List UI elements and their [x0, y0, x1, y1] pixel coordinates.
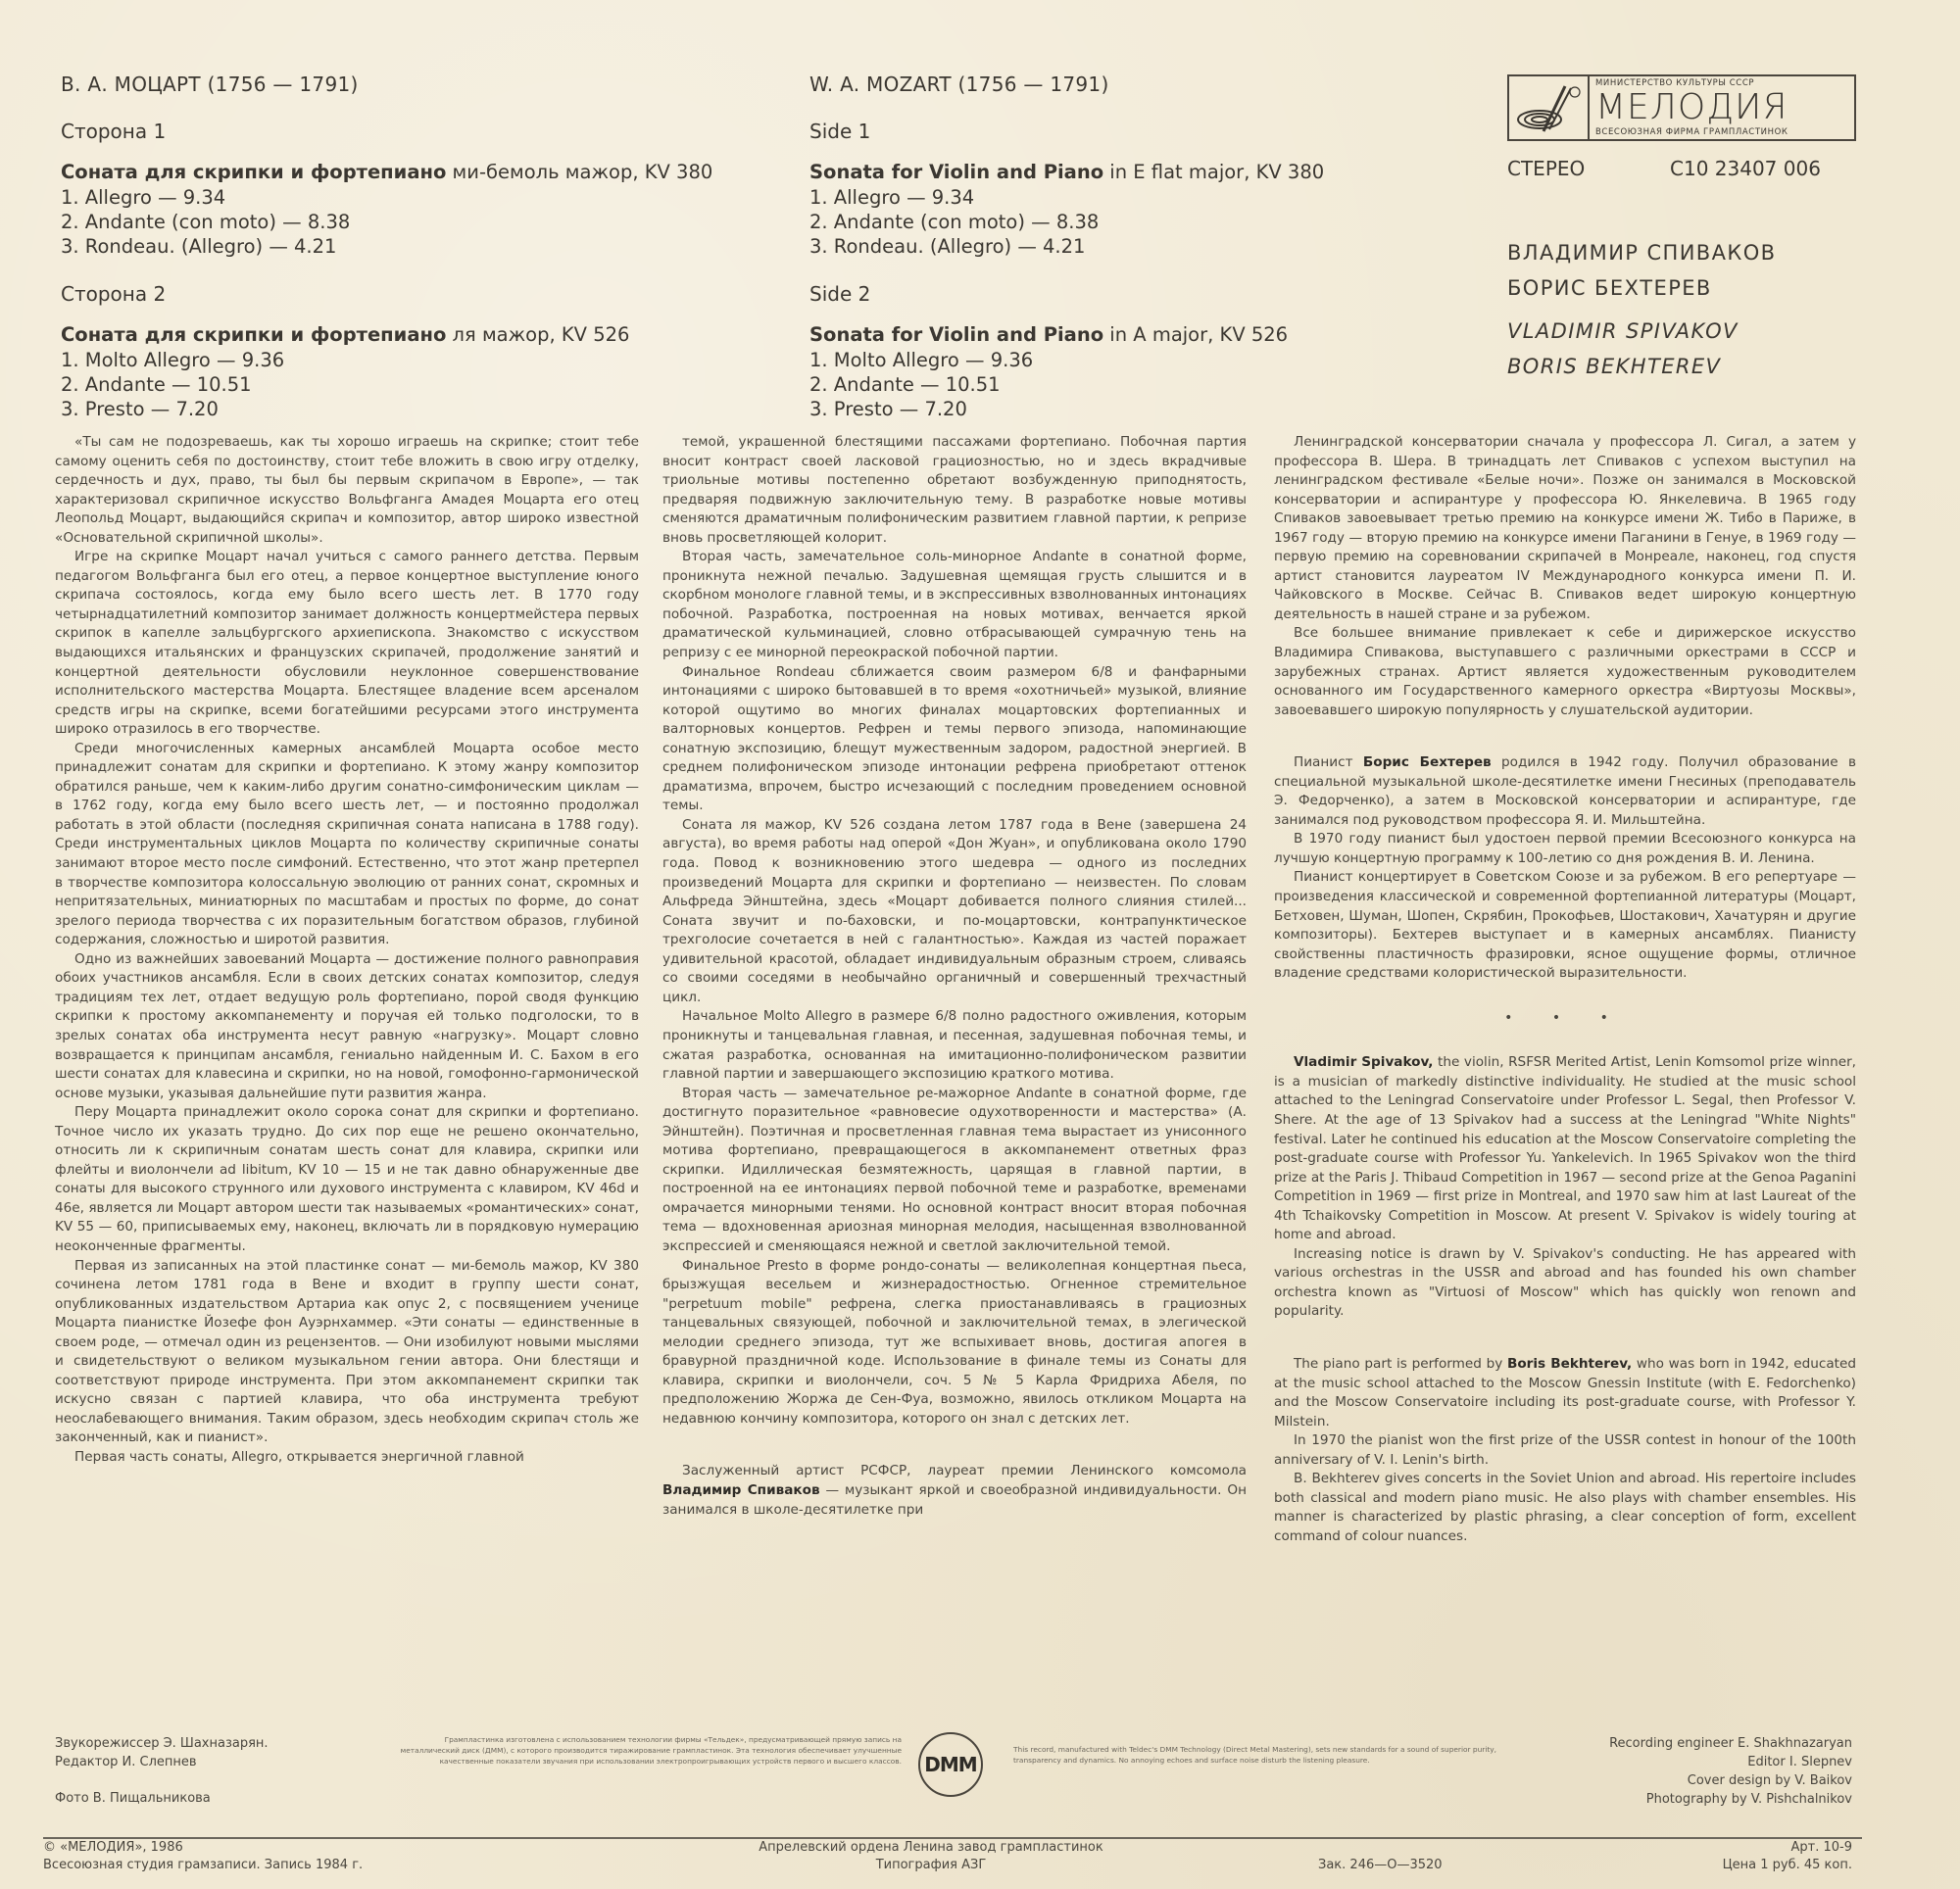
- copyright: © «МЕЛОДИЯ», 1986: [43, 1839, 363, 1857]
- price: Цена 1 руб. 45 коп.: [1568, 1857, 1852, 1874]
- liner-paragraph: Первая часть сонаты, Allegro, открываетс…: [55, 1448, 639, 1468]
- bio-text: Заслуженный артист РСФСР, лауреат премии…: [682, 1463, 1247, 1478]
- artist-en-2: BORIS BEKHTEREV: [1507, 355, 1776, 378]
- printing-house: Типография АЗГ: [686, 1857, 1176, 1874]
- bekhterev-bio-ru-more: В 1970 году пианист был удостоен первой …: [1274, 830, 1856, 983]
- liner-paragraph: В 1970 году пианист был удостоен первой …: [1274, 830, 1856, 868]
- footer-right: Арт. 10-9 Цена 1 руб. 45 коп.: [1568, 1839, 1852, 1874]
- studio-info: Всесоюзная студия грамзаписи. Запись 198…: [43, 1857, 363, 1874]
- liner-notes-column-2: темой, украшенной блестящими пассажами ф…: [662, 433, 1247, 1520]
- melodiya-logo: МИНИСТЕРСТВО КУЛЬТУРЫ СССР МЕЛОДИЯ ВСЕСО…: [1507, 74, 1856, 141]
- liner-paragraph: Игре на скрипке Моцарт начал учиться с с…: [55, 548, 639, 739]
- track-item: 2. Andante (con moto) — 8.38: [61, 210, 712, 234]
- firm-text: ВСЕСОЮЗНАЯ ФИРМА ГРАМПЛАСТИНОК: [1595, 127, 1788, 137]
- header-ru: В. А. МОЦАРТ (1756 — 1791) Сторона 1 Сон…: [61, 73, 712, 421]
- separator-dots: • • •: [1274, 1009, 1856, 1029]
- track-item: 1. Allegro — 9.34: [61, 185, 712, 210]
- tracklist-side1-en: 1. Allegro — 9.342. Andante (con moto) —…: [809, 185, 1324, 259]
- order-number: Зак. 246—О—3520: [1318, 1857, 1443, 1874]
- side2-label-ru: Сторона 2: [61, 282, 712, 306]
- liner-paragraph: темой, украшенной блестящими пассажами ф…: [662, 433, 1247, 548]
- melodiya-logo-icon: [1509, 76, 1590, 139]
- liner-paragraph: Соната ля мажор, KV 526 создана летом 17…: [662, 816, 1247, 1007]
- photo-ru: Фото В. Пищальникова: [55, 1789, 269, 1808]
- tracklist-side2-ru: 1. Molto Allegro — 9.362. Andante — 10.5…: [61, 348, 712, 421]
- photography-en: Photography by V. Pishchalnikov: [1470, 1790, 1852, 1809]
- editor-en: Editor I. Slepnev: [1470, 1753, 1852, 1771]
- bio-text: Пианист: [1294, 754, 1363, 770]
- column-2-paragraphs: темой, украшенной блестящими пассажами ф…: [662, 433, 1247, 1429]
- bio-name-en: Vladimir Spivakov,: [1294, 1054, 1433, 1070]
- side1-label-en: Side 1: [809, 120, 1324, 143]
- liner-paragraph: Среди многочисленных камерных ансамблей …: [55, 740, 639, 950]
- spivakov-conducting-en: Increasing notice is drawn by V. Spivako…: [1274, 1245, 1856, 1322]
- column-3-paragraphs: Ленинградской консерватории сначала у пр…: [1274, 433, 1856, 720]
- dmm-logo-icon: DMM: [918, 1732, 983, 1797]
- tracklist-side1-ru: 1. Allegro — 9.342. Andante (con moto) —…: [61, 185, 712, 259]
- bekhterev-bio-en: The piano part is performed by Boris Bek…: [1274, 1355, 1856, 1431]
- liner-notes-column-1: «Ты сам не подозреваешь, как ты хорошо и…: [55, 433, 639, 1468]
- liner-paragraph: Начальное Molto Allegro в размере 6/8 по…: [662, 1007, 1247, 1084]
- track-item: 1. Molto Allegro — 9.36: [809, 348, 1324, 372]
- melodiya-wordmark: МИНИСТЕРСТВО КУЛЬТУРЫ СССР МЕЛОДИЯ ВСЕСО…: [1590, 76, 1794, 139]
- dmm-logo-text: DMM: [924, 1753, 976, 1776]
- sonata2-key-ru: ля мажор, KV 526: [446, 323, 629, 346]
- bio-text-en: the violin, RSFSR Merited Artist, Lenin …: [1274, 1054, 1856, 1242]
- track-item: 2. Andante — 10.51: [61, 372, 712, 397]
- sonata1-key-en: in E flat major, KV 380: [1103, 161, 1324, 183]
- bio-name: Владимир Спиваков: [662, 1482, 820, 1498]
- artist-ru-2: БОРИС БЕХТЕРЕВ: [1507, 276, 1776, 300]
- sonata1-bold-en: Sonata for Violin and Piano: [809, 161, 1103, 183]
- bio-name: Борис Бехтерев: [1363, 754, 1492, 770]
- stereo-label: СТЕРЕО: [1507, 157, 1585, 180]
- sonata2-title-en: Sonata for Violin and Piano in A major, …: [809, 323, 1324, 346]
- liner-paragraph: Перу Моцарта принадлежит около сорока со…: [55, 1103, 639, 1256]
- header-en: W. A. MOZART (1756 — 1791) Side 1 Sonata…: [809, 73, 1324, 421]
- bio-text-en: The piano part is performed by: [1294, 1356, 1507, 1372]
- sonata2-bold-en: Sonata for Violin and Piano: [809, 323, 1103, 346]
- composer-title-en: W. A. MOZART (1756 — 1791): [809, 73, 1324, 96]
- sonata2-title-ru: Соната для скрипки и фортепиано ля мажор…: [61, 323, 712, 346]
- track-item: 3. Presto — 7.20: [61, 397, 712, 421]
- liner-paragraph: Все большее внимание привлекает к себе и…: [1274, 624, 1856, 720]
- tracklist-side2-en: 1. Molto Allegro — 9.362. Andante — 10.5…: [809, 348, 1324, 421]
- spivakov-bio-ru: Заслуженный артист РСФСР, лауреат премии…: [662, 1462, 1247, 1520]
- liner-notes-column-3: Ленинградской консерватории сначала у пр…: [1274, 433, 1856, 1546]
- track-item: 2. Andante — 10.51: [809, 372, 1324, 397]
- side1-label-ru: Сторона 1: [61, 120, 712, 143]
- bio-name-en: Boris Bekhterev,: [1507, 1356, 1632, 1372]
- sonata1-bold-ru: Соната для скрипки и фортепиано: [61, 161, 446, 183]
- recording-engineer-en: Recording engineer E. Shakhnazaryan: [1470, 1734, 1852, 1753]
- artist-ru-1: ВЛАДИМИР СПИВАКОВ: [1507, 241, 1776, 265]
- track-item: 3. Rondeau. (Allegro) — 4.21: [809, 234, 1324, 259]
- footer-center: Апрелевский ордена Ленина завод грамплас…: [686, 1839, 1176, 1874]
- sound-engineer-ru: Звукорежиссер Э. Шахназарян.: [55, 1734, 269, 1753]
- editor-ru: Редактор И. Слепнев: [55, 1753, 269, 1771]
- liner-paragraph: B. Bekhterev gives concerts in the Sovie…: [1274, 1470, 1856, 1546]
- pressing-plant: Апрелевский ордена Ленина завод грамплас…: [686, 1839, 1176, 1857]
- liner-paragraph: «Ты сам не подозреваешь, как ты хорошо и…: [55, 433, 639, 548]
- liner-paragraph: Финальное Presto в форме рондо-сонаты — …: [662, 1257, 1247, 1429]
- liner-paragraph: Финальное Rondeau сближается своим разме…: [662, 663, 1247, 816]
- artist-en-1: VLADIMIR SPIVAKOV: [1507, 319, 1776, 343]
- liner-paragraph: Вторая часть — замечательное ре-мажорное…: [662, 1085, 1247, 1257]
- sonata2-bold-ru: Соната для скрипки и фортепиано: [61, 323, 446, 346]
- track-item: 2. Andante (con moto) — 8.38: [809, 210, 1324, 234]
- bekhterev-bio-en-more: In 1970 the pianist won the first prize …: [1274, 1431, 1856, 1546]
- sonata1-key-ru: ми-бемоль мажор, KV 380: [446, 161, 712, 183]
- credits-ru: Звукорежиссер Э. Шахназарян. Редактор И.…: [55, 1734, 269, 1808]
- liner-paragraph: Ленинградской консерватории сначала у пр…: [1274, 433, 1856, 624]
- bekhterev-bio-ru: Пианист Борис Бехтерев родился в 1942 го…: [1274, 753, 1856, 830]
- track-item: 3. Presto — 7.20: [809, 397, 1324, 421]
- brand-name: МЕЛОДИЯ: [1595, 91, 1788, 124]
- artists-block: ВЛАДИМИР СПИВАКОВ БОРИС БЕХТЕРЕВ VLADIMI…: [1507, 241, 1776, 378]
- footer-left: © «МЕЛОДИЯ», 1986 Всесоюзная студия грам…: [43, 1839, 363, 1874]
- liner-paragraph: Одно из важнейших завоеваний Моцарта — д…: [55, 950, 639, 1103]
- sonata1-title-en: Sonata for Violin and Piano in E flat ma…: [809, 161, 1324, 183]
- cover-design-en: Cover design by V. Baikov: [1470, 1771, 1852, 1790]
- track-item: 1. Molto Allegro — 9.36: [61, 348, 712, 372]
- dmm-note-ru: Грампластинка изготовлена с использовани…: [392, 1734, 902, 1767]
- composer-title-ru: В. А. МОЦАРТ (1756 — 1791): [61, 73, 712, 96]
- credits-en: Recording engineer E. Shakhnazaryan Edit…: [1470, 1734, 1852, 1809]
- track-item: 3. Rondeau. (Allegro) — 4.21: [61, 234, 712, 259]
- sonata1-title-ru: Соната для скрипки и фортепиано ми-бемол…: [61, 161, 712, 183]
- sonata2-key-en: in A major, KV 526: [1103, 323, 1288, 346]
- liner-paragraph: Первая из записанных на этой пластинке с…: [55, 1257, 639, 1448]
- side2-label-en: Side 2: [809, 282, 1324, 306]
- spivakov-bio-en: Vladimir Spivakov, the violin, RSFSR Mer…: [1274, 1053, 1856, 1244]
- article-code: Арт. 10-9: [1568, 1839, 1852, 1857]
- dmm-note-en: This record, manufactured with Teldec's …: [1013, 1744, 1503, 1766]
- liner-paragraph: Вторая часть, замечательное соль-минорно…: [662, 548, 1247, 662]
- liner-paragraph: In 1970 the pianist won the first prize …: [1274, 1431, 1856, 1470]
- catalog-number: С10 23407 006: [1670, 157, 1821, 180]
- track-item: 1. Allegro — 9.34: [809, 185, 1324, 210]
- liner-paragraph: Пианист концертирует в Советском Союзе и…: [1274, 868, 1856, 983]
